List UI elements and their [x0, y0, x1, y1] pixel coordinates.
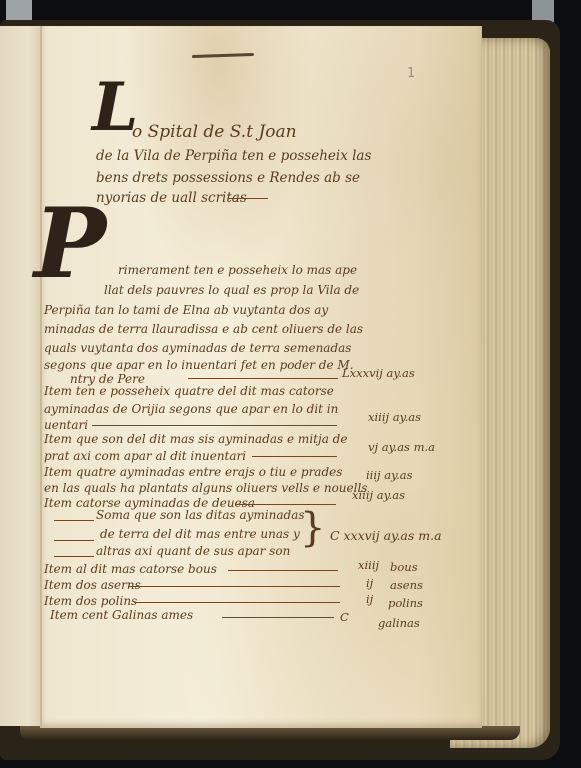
entry-4-line-2: en las quals ha plantats alguns oliuers … [44, 481, 367, 495]
entry-1-rule [188, 378, 338, 379]
livestock-rule-2 [128, 586, 340, 587]
entry-4-amount: iiij ay.as [366, 468, 413, 482]
entry-3-line-2: prat axi com apar al dit inuentari [44, 449, 246, 463]
folio-number: 1 [407, 66, 415, 81]
entry-3-line-1: Item que son del dit mas sis ayminadas e… [44, 432, 347, 446]
livestock-line-4: Item cent Galinas ames [50, 608, 193, 622]
livestock-line-3: Item dos polins [44, 594, 137, 608]
heading-rule [228, 198, 268, 199]
heading-line-2: de la Vila de Perpiña ten e posseheix la… [96, 148, 371, 164]
livestock-line-2: Item dos aserns [44, 578, 141, 592]
entry-1-line-6: segons que apar en lo inuentari fet en p… [44, 358, 354, 372]
summary-rule-left-2 [54, 540, 94, 541]
summary-line-2: de terra del dit mas entre unas y [100, 527, 300, 541]
livestock-4-amount: C [340, 610, 349, 624]
summary-rule-left-3 [54, 556, 94, 557]
heading-line-4: nyorias de uall scritas [96, 190, 247, 206]
entry-1-line-4: minadas de terra llauradissa e ab cent o… [44, 322, 363, 336]
entry-2-line-2: ayminadas de Orijia segons que apar en l… [44, 402, 338, 416]
summary-brace: } [300, 505, 325, 551]
entry-2-rule [92, 425, 337, 426]
livestock-3-amount: ij [366, 592, 373, 606]
entry-1-line-2: llat dels pauvres lo qual es prop la Vil… [104, 283, 359, 297]
livestock-rule-1 [228, 570, 338, 571]
livestock-3-unit: polins [388, 596, 423, 610]
entry-1-line-1: rimerament ten e posseheix lo mas ape [118, 263, 357, 277]
livestock-line-1: Item al dit mas catorse bous [44, 562, 217, 576]
livestock-2-amount: ij [366, 576, 373, 590]
entry-2-amount: xiiij ay.as [368, 410, 421, 424]
livestock-1-unit: bous [390, 560, 418, 574]
summary-rule-left-1 [54, 520, 94, 521]
entry-1-line-5: quals vuytanta dos ayminadas de terra se… [44, 341, 351, 355]
entry-2-line-3: uentari [44, 418, 88, 432]
entry-3-amount: vj ay.as m.a [368, 440, 435, 454]
livestock-rule-3 [134, 602, 340, 603]
summary-amount: C xxxvij ay.as m.a [330, 528, 442, 543]
livestock-4-unit: galinas [378, 616, 420, 630]
decorated-initial-p: P [34, 196, 106, 292]
summary-line-3: altras axi quant de sus apar son [96, 544, 290, 558]
livestock-2-unit: asens [390, 578, 423, 592]
book-bottom-edge [20, 726, 520, 740]
entry-1-line-3: Perpiña tan lo tami de Elna ab vuytanta … [44, 303, 328, 317]
heading-line-1: o Spital de S.t Joan [132, 122, 297, 142]
entry-4-line-1: Item quatre ayminadas entre erajs o tiu … [44, 465, 342, 479]
entry-2-line-1: Item ten e posseheix quatre del dit mas … [44, 384, 334, 398]
entry-5-amount: xiiij ay.as [352, 488, 405, 502]
entry-1-amount: Lxxxvij ay.as [342, 366, 415, 380]
entry-3-rule [252, 456, 337, 457]
heading-line-3: bens drets possessions e Rendes ab se [96, 170, 360, 186]
livestock-1-amount: xiiij [358, 558, 379, 572]
summary-line-1: Soma que son las ditas ayminadas [96, 508, 305, 522]
livestock-rule-4 [222, 617, 334, 618]
